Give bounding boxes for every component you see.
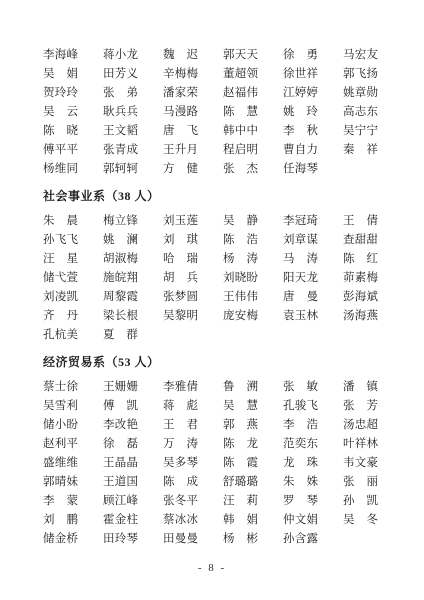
- name-cell: 王晶晶: [103, 454, 138, 473]
- name-row: 刘凌凯周黎霞张梦圆王伟伟唐曼彭海斌: [43, 288, 404, 307]
- name-cell: 陈龙: [223, 435, 258, 454]
- name-cell: 唐曼: [283, 288, 318, 307]
- name-cell: 孙含露: [283, 530, 318, 549]
- name-cell: 仲文娟: [283, 511, 318, 530]
- name-cell: 郭晴妹: [43, 473, 78, 492]
- name-cell: 胡淑梅: [103, 250, 138, 269]
- name-cell: 吴云: [43, 103, 78, 122]
- name-cell: 孔杭美: [43, 326, 78, 345]
- name-cell: 夏群: [103, 326, 138, 345]
- name-cell: 龙珠: [283, 454, 318, 473]
- name-cell: 蒋彪: [163, 397, 198, 416]
- name-cell: 刘章谋: [283, 231, 318, 250]
- name-cell: 姚澜: [103, 231, 138, 250]
- name-cell: 梅立锋: [103, 212, 138, 231]
- name-row: 蔡士徐王姗姗李雅倩鲁溯张敏潘镇: [43, 378, 404, 397]
- name-cell: 哈瑞: [163, 250, 198, 269]
- name-cell: 蔡士徐: [43, 378, 78, 397]
- name-cell: 耿兵兵: [103, 103, 138, 122]
- name-cell: 郭飞扬: [343, 65, 378, 84]
- name-cell: 查甜甜: [343, 231, 378, 250]
- name-cell: 蔡冰冰: [163, 511, 198, 530]
- name-cell: 汤海燕: [343, 307, 378, 326]
- name-cell: 吴宁宁: [343, 122, 378, 141]
- name-row: 傅平平张青成王升月程启明曹自力秦祥: [43, 141, 404, 160]
- name-cell: 罗琴: [283, 492, 318, 511]
- name-cell: 孔骏飞: [283, 397, 318, 416]
- name-cell: 姚章勋: [343, 84, 378, 103]
- name-cell: 储小盼: [43, 416, 78, 435]
- name-cell: 霍金柱: [103, 511, 138, 530]
- name-cell: 王文韬: [103, 122, 138, 141]
- name-cell: 曹自力: [283, 141, 318, 160]
- name-row: 赵利平徐磊万涛陈龙范奕东叶祥林: [43, 435, 404, 454]
- name-cell: 阳天龙: [283, 269, 318, 288]
- name-row: 储小盼李改艳王君郭燕李浩汤忠超: [43, 416, 404, 435]
- name-row: 刘鹏霍金柱蔡冰冰韩娟仲文娟吴冬: [43, 511, 404, 530]
- name-row: 杨维同郭轲轲方健张杰任海琴: [43, 160, 404, 179]
- name-cell: 蒋小龙: [103, 46, 138, 65]
- name-cell: 施皖翔: [103, 269, 138, 288]
- name-cell: 朱姝: [283, 473, 318, 492]
- name-cell: 王姗姗: [103, 378, 138, 397]
- name-row: 陈晓王文韬唐飞韩中中李秋吴宁宁: [43, 122, 404, 141]
- name-cell: 张梦圆: [163, 288, 198, 307]
- name-cell: 田芳义: [103, 65, 138, 84]
- name-cell: 孙凯: [343, 492, 378, 511]
- name-cell: 李改艳: [103, 416, 138, 435]
- name-cell: 王君: [163, 416, 198, 435]
- name-cell: 张冬平: [163, 492, 198, 511]
- document-page: 李海峰蒋小龙魏迟郭天天徐勇马宏友吴娟田芳义辛梅梅董超领徐世祥郭飞扬贺玲玲张弟潘家…: [0, 0, 424, 600]
- page-number: - 8 -: [0, 562, 424, 574]
- name-cell: 王升月: [163, 141, 198, 160]
- name-cell: 赵福伟: [223, 84, 258, 103]
- name-cell: 盛维维: [43, 454, 78, 473]
- name-cell: 潘镇: [343, 378, 378, 397]
- name-cell: 庞安梅: [223, 307, 258, 326]
- name-cell: 徐勇: [283, 46, 318, 65]
- name-cell: 魏迟: [163, 46, 198, 65]
- name-cell: 陈红: [343, 250, 378, 269]
- name-cell: 朱晨: [43, 212, 78, 231]
- section-heading: 经济贸易系（53 人）: [43, 354, 404, 370]
- name-cell: 吴黎明: [163, 307, 198, 326]
- name-cell: 方健: [163, 160, 198, 179]
- name-row: 齐丹梁长根吴黎明庞安梅袁玉林汤海燕: [43, 307, 404, 326]
- name-cell: 张青成: [103, 141, 138, 160]
- name-cell: 王道国: [103, 473, 138, 492]
- name-cell: 茆素梅: [343, 269, 378, 288]
- name-cell: 陈霞: [223, 454, 258, 473]
- name-cell: 韩中中: [223, 122, 258, 141]
- name-cell: 姚玲: [283, 103, 318, 122]
- name-cell: 王伟伟: [223, 288, 258, 307]
- name-cell: 董超领: [223, 65, 258, 84]
- name-row: 汪星胡淑梅哈瑞杨涛马涛陈红: [43, 250, 404, 269]
- name-list: 李海峰蒋小龙魏迟郭天天徐勇马宏友吴娟田芳义辛梅梅董超领徐世祥郭飞扬贺玲玲张弟潘家…: [43, 46, 404, 549]
- name-cell: 李秋: [283, 122, 318, 141]
- name-row: 孔杭美夏群: [43, 326, 404, 345]
- name-cell: 赵利平: [43, 435, 78, 454]
- name-row: 储弋萱施皖翔胡兵刘晓盼阳天龙茆素梅: [43, 269, 404, 288]
- name-cell: 吴娟: [43, 65, 78, 84]
- name-cell: 陈慧: [223, 103, 258, 122]
- name-cell: 吴冬: [343, 511, 378, 530]
- name-row: 盛维维王晶晶吴多琴陈霞龙珠韦文豪: [43, 454, 404, 473]
- name-cell: 辛梅梅: [163, 65, 198, 84]
- name-cell: 孙飞飞: [43, 231, 78, 250]
- name-cell: 张弟: [103, 84, 138, 103]
- name-row: 贺玲玲张弟潘家荣赵福伟江婷婷姚章勋: [43, 84, 404, 103]
- section-heading: 社会事业系（38 人）: [43, 188, 404, 204]
- name-cell: 马宏友: [343, 46, 378, 65]
- name-cell: 潘家荣: [163, 84, 198, 103]
- name-cell: 齐丹: [43, 307, 78, 326]
- name-cell: 马涛: [283, 250, 318, 269]
- name-cell: 储金桥: [43, 530, 78, 549]
- name-cell: 任海琴: [283, 160, 318, 179]
- name-cell: 刘琪: [163, 231, 198, 250]
- name-row: 李海峰蒋小龙魏迟郭天天徐勇马宏友: [43, 46, 404, 65]
- name-cell: 梁长根: [103, 307, 138, 326]
- name-cell: 吴多琴: [163, 454, 198, 473]
- name-cell: 李浩: [283, 416, 318, 435]
- name-cell: 万涛: [163, 435, 198, 454]
- name-cell: 傅凯: [103, 397, 138, 416]
- name-cell: 唐飞: [163, 122, 198, 141]
- name-cell: 韦文豪: [343, 454, 378, 473]
- name-cell: 彭海斌: [343, 288, 378, 307]
- name-cell: 舒璐璐: [223, 473, 258, 492]
- name-cell: 储弋萱: [43, 269, 78, 288]
- name-row: 朱晨梅立锋刘玉莲吴静李冠琦王倩: [43, 212, 404, 231]
- name-cell: 张敏: [283, 378, 318, 397]
- name-cell: 贺玲玲: [43, 84, 78, 103]
- name-cell: 郭燕: [223, 416, 258, 435]
- name-cell: 汪莉: [223, 492, 258, 511]
- name-cell: 李雅倩: [163, 378, 198, 397]
- name-cell: 郭天天: [223, 46, 258, 65]
- name-cell: 张芳: [343, 397, 378, 416]
- name-cell: 徐世祥: [283, 65, 318, 84]
- name-cell: 刘凌凯: [43, 288, 78, 307]
- name-cell: 鲁溯: [223, 378, 258, 397]
- name-cell: 杨涛: [223, 250, 258, 269]
- name-cell: 陈浩: [223, 231, 258, 250]
- name-row: 吴云耿兵兵马漫路陈慧姚玲高志东: [43, 103, 404, 122]
- name-cell: 吴雪利: [43, 397, 78, 416]
- name-cell: 刘玉莲: [163, 212, 198, 231]
- name-cell: 吴慧: [223, 397, 258, 416]
- name-row: 李蒙顾江峰张冬平汪莉罗琴孙凯: [43, 492, 404, 511]
- name-cell: 叶祥林: [343, 435, 378, 454]
- name-cell: 汤忠超: [343, 416, 378, 435]
- name-cell: 周黎霞: [103, 288, 138, 307]
- name-cell: 胡兵: [163, 269, 198, 288]
- name-cell: 李蒙: [43, 492, 78, 511]
- name-cell: 高志东: [343, 103, 378, 122]
- name-cell: 徐磊: [103, 435, 138, 454]
- name-row: 吴娟田芳义辛梅梅董超领徐世祥郭飞扬: [43, 65, 404, 84]
- name-cell: 张杰: [223, 160, 258, 179]
- name-cell: 程启明: [223, 141, 258, 160]
- name-cell: 范奕东: [283, 435, 318, 454]
- name-row: 孙飞飞姚澜刘琪陈浩刘章谋查甜甜: [43, 231, 404, 250]
- name-cell: 傅平平: [43, 141, 78, 160]
- name-cell: 刘鹏: [43, 511, 78, 530]
- name-cell: 田玲琴: [103, 530, 138, 549]
- name-cell: 郭轲轲: [103, 160, 138, 179]
- name-row: 吴雪利傅凯蒋彪吴慧孔骏飞张芳: [43, 397, 404, 416]
- name-cell: 陈成: [163, 473, 198, 492]
- name-cell: 杨维同: [43, 160, 78, 179]
- name-cell: 杨彬: [223, 530, 258, 549]
- name-row: 储金桥田玲琴田曼曼杨彬孙含露: [43, 530, 404, 549]
- name-cell: 顾江峰: [103, 492, 138, 511]
- name-cell: 韩娟: [223, 511, 258, 530]
- name-cell: 刘晓盼: [223, 269, 258, 288]
- name-cell: 江婷婷: [283, 84, 318, 103]
- name-cell: 陈晓: [43, 122, 78, 141]
- name-row: 郭晴妹王道国陈成舒璐璐朱姝张丽: [43, 473, 404, 492]
- name-cell: 吴静: [223, 212, 258, 231]
- name-cell: 秦祥: [343, 141, 378, 160]
- name-cell: 李海峰: [43, 46, 78, 65]
- name-cell: 汪星: [43, 250, 78, 269]
- name-cell: 马漫路: [163, 103, 198, 122]
- name-cell: 张丽: [343, 473, 378, 492]
- name-cell: 王倩: [343, 212, 378, 231]
- name-cell: 袁玉林: [283, 307, 318, 326]
- name-cell: 李冠琦: [283, 212, 318, 231]
- name-cell: 田曼曼: [163, 530, 198, 549]
